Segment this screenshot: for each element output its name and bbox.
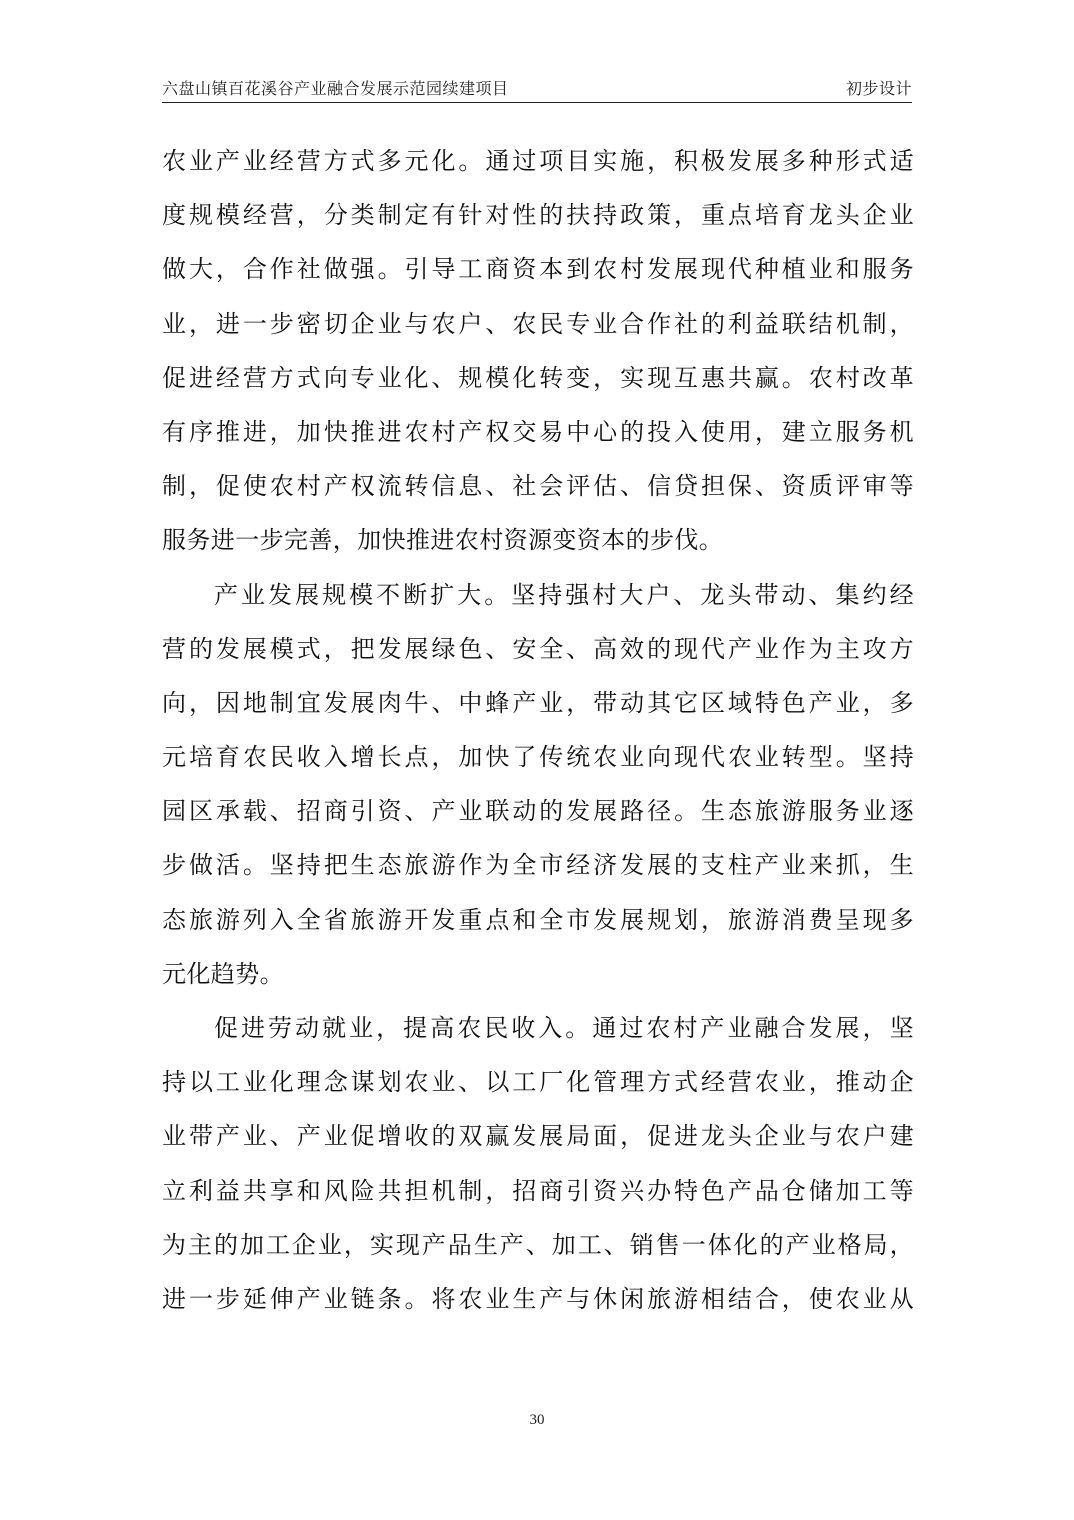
body-text: 农业产业经营方式多元化。通过项目实施，积极发展多种形式适 度规模经营，分类制定有…: [162, 134, 914, 1326]
paragraph-first-line: 产业发展规模不断扩大。坚持强村大户、龙头带动、集约经: [162, 568, 914, 622]
text-line: 度规模经营，分类制定有针对性的扶持政策，重点培育龙头企业: [162, 188, 914, 242]
document-title: 六盘山镇百花溪谷产业融合发展示范园续建项目: [162, 78, 509, 102]
text-line: 步做活。坚持把生态旅游作为全市经济发展的支柱产业来抓，生: [162, 838, 914, 892]
text-line: 态旅游列入全省旅游开发重点和全市发展规划，旅游消费呈现多: [162, 893, 914, 947]
text-line: 营的发展模式，把发展绿色、安全、高效的现代产业作为主攻方: [162, 622, 914, 676]
text-line: 元化趋势。: [162, 947, 914, 1001]
text-line: 立利益共享和风险共担机制，招商引资兴办特色产品仓储加工等: [162, 1164, 914, 1218]
paragraph-first-line: 促进劳动就业，提高农民收入。通过农村产业融合发展，坚: [162, 1001, 914, 1055]
section-label: 初步设计: [846, 78, 912, 102]
text-line: 制，促使农村产权流转信息、社会评估、信贷担保、资质评审等: [162, 459, 914, 513]
text-line: 向，因地制宜发展肉牛、中蜂产业，带动其它区域特色产业，多: [162, 676, 914, 730]
text-line: 业带产业、产业促增收的双赢发展局面，促进龙头企业与农户建: [162, 1109, 914, 1163]
text-line: 农业产业经营方式多元化。通过项目实施，积极发展多种形式适: [162, 134, 914, 188]
text-line: 园区承载、招商引资、产业联动的发展路径。生态旅游服务业逐: [162, 784, 914, 838]
text-line: 做大，合作社做强。引导工商资本到农村发展现代种植业和服务: [162, 242, 914, 296]
text-line: 进一步延伸产业链条。将农业生产与休闲旅游相结合，使农业从: [162, 1272, 914, 1326]
text-line: 元培育农民收入增长点，加快了传统农业向现代农业转型。坚持: [162, 730, 914, 784]
text-line: 有序推进，加快推进农村产权交易中心的投入使用，建立服务机: [162, 405, 914, 459]
text-line: 为主的加工企业，实现产品生产、加工、销售一体化的产业格局，: [162, 1218, 914, 1272]
text-line: 业，进一步密切企业与农户、农民专业合作社的利益联结机制，: [162, 297, 914, 351]
page-header: 六盘山镇百花溪谷产业融合发展示范园续建项目 初步设计: [162, 76, 912, 103]
page-number: 30: [0, 1412, 1074, 1429]
text-line: 促进经营方式向专业化、规模化转变，实现互惠共赢。农村改革: [162, 351, 914, 405]
text-line: 持以工业化理念谋划农业、以工厂化管理方式经营农业，推动企: [162, 1055, 914, 1109]
text-line: 服务进一步完善，加快推进农村资源变资本的步伐。: [162, 513, 914, 567]
